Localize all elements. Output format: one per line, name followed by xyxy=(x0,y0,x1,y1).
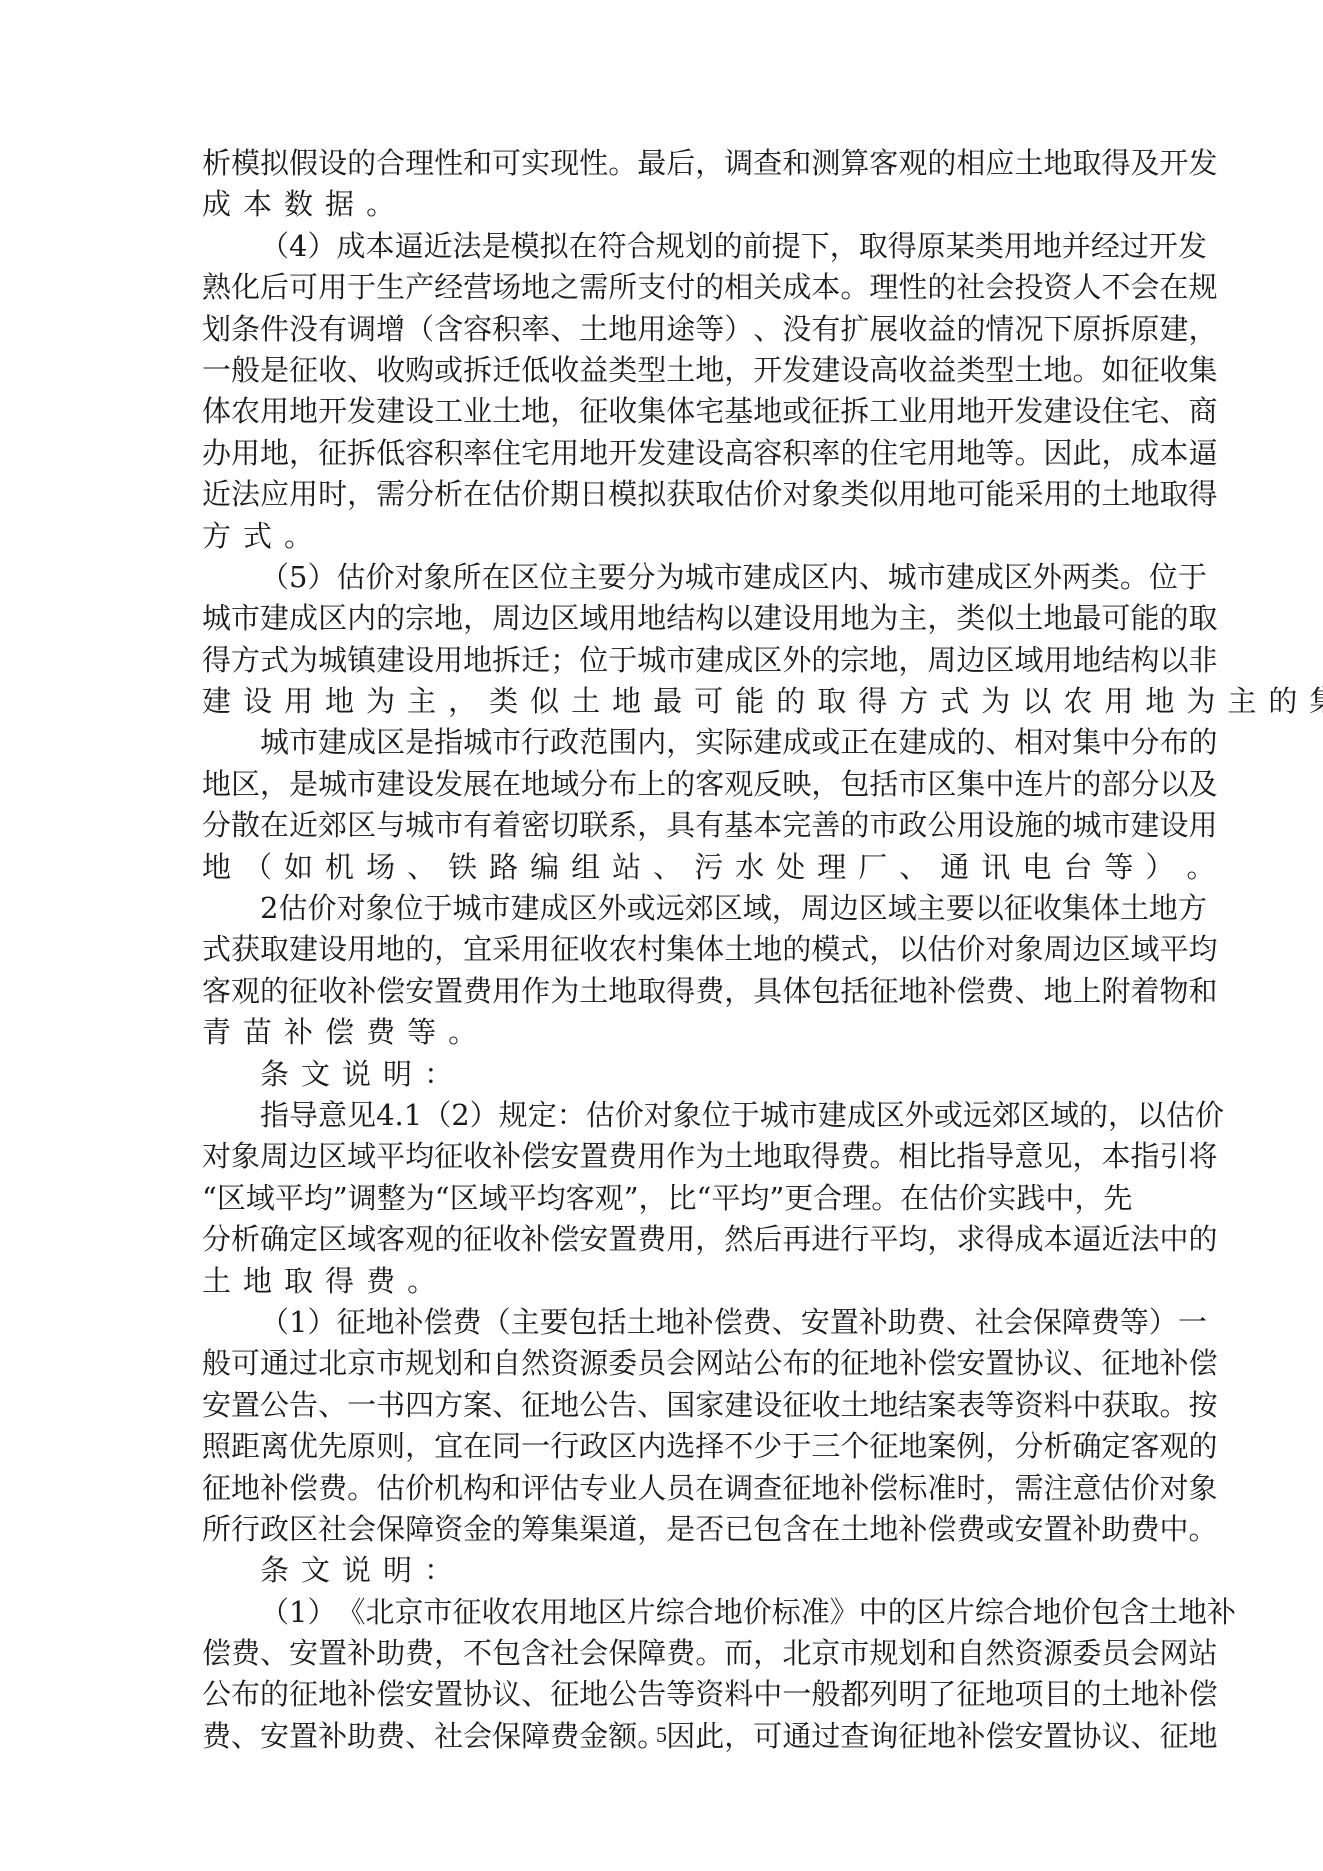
text-line: 照距离优先原则，宜在同一行政区内选择不少于三个征地案例，分析确定客观的 xyxy=(202,1426,1124,1467)
text-line: 办用地，征拆低容积率住宅用地开发建设高容积率的住宅用地等。因此，成本逼 xyxy=(202,433,1124,474)
text-line: 条文说明： xyxy=(202,1550,1124,1591)
text-line: 地区，是城市建设发展在地域分布上的客观反映，包括市区集中连片的部分以及 xyxy=(202,764,1124,805)
text-line: 客观的征收补偿安置费用作为土地取得费，具体包括征地补偿费、地上附着物和 xyxy=(202,971,1124,1012)
text-line: 分析确定区域客观的征收补偿安置费用，然后再进行平均，求得成本逼近法中的 xyxy=(202,1219,1124,1260)
page-number: 5 xyxy=(0,1722,1323,1748)
text-line: 划条件没有调增（含容积率、土地用途等）、没有扩展收益的情况下原拆原建， xyxy=(202,309,1124,350)
text-line: 城市建成区内的宗地，周边区域用地结构以建设用地为主，类似土地最可能的取 xyxy=(202,598,1124,639)
text-line: 分散在近郊区与城市有着密切联系，具有基本完善的市政公用设施的城市建设用 xyxy=(202,805,1124,846)
text-line: 地（如机场、铁路编组站、污水处理厂、通讯电台等）。 xyxy=(202,847,1124,888)
text-line: 城市建成区是指城市行政范围内，实际建成或正在建成的、相对集中分布的 xyxy=(202,722,1124,763)
text-line: 征地补偿费。估价机构和评估专业人员在调查征地补偿标准时，需注意估价对象 xyxy=(202,1468,1124,1509)
text-line: “区域平均”调整为“区域平均客观”，比“平均”更合理。在估价实践中，先 xyxy=(202,1178,1124,1219)
text-line: （5）估价对象所在区位主要分为城市建成区内、城市建成区外两类。位于 xyxy=(202,557,1124,598)
text-line: 近法应用时，需分析在估价期日模拟获取估价对象类似用地可能采用的土地取得 xyxy=(202,474,1124,515)
text-line: 析模拟假设的合理性和可实现性。最后，调查和测算客观的相应土地取得及开发 xyxy=(202,143,1124,184)
text-line: 对象周边区域平均征收补偿安置费用作为土地取得费。相比指导意见，本指引将 xyxy=(202,1136,1124,1177)
text-line: 方式。 xyxy=(202,516,1124,557)
text-line: 指导意见4.1（2）规定：估价对象位于城市建成区外或远郊区域的，以估价 xyxy=(202,1095,1124,1136)
text-line: 体农用地开发建设工业土地，征收集体宅基地或征拆工业用地开发建设住宅、商 xyxy=(202,391,1124,432)
document-page: 析模拟假设的合理性和可实现性。最后，调查和测算客观的相应土地取得及开发成本数据。… xyxy=(202,143,1124,1757)
text-line: 建设用地为主，类似土地最可能的取得方式为以农用地为主的集体土地征收。 xyxy=(202,681,1124,722)
text-line: 般可通过北京市规划和自然资源委员会网站公布的征地补偿安置协议、征地补偿 xyxy=(202,1343,1124,1384)
text-line: 2 估价对象位于城市建成区外或远郊区域，周边区域主要以征收集体土地方 xyxy=(202,888,1124,929)
text-line: （1）《北京市征收农用地区片综合地价标准》中的区片综合地价包含土地补 xyxy=(202,1592,1124,1633)
text-line: 安置公告、一书四方案、征地公告、国家建设征收土地结案表等资料中获取。按 xyxy=(202,1385,1124,1426)
text-line: （4）成本逼近法是模拟在符合规划的前提下，取得原某类用地并经过开发 xyxy=(202,226,1124,267)
text-line: 成本数据。 xyxy=(202,184,1124,225)
text-line: 一般是征收、收购或拆迁低收益类型土地，开发建设高收益类型土地。如征收集 xyxy=(202,350,1124,391)
text-line: 得方式为城镇建设用地拆迁；位于城市建成区外的宗地，周边区域用地结构以非 xyxy=(202,640,1124,681)
text-line: 青苗补偿费等。 xyxy=(202,1012,1124,1053)
text-line: 公布的征地补偿安置协议、征地公告等资料中一般都列明了征地项目的土地补偿 xyxy=(202,1674,1124,1715)
text-line: （1）征地补偿费（主要包括土地补偿费、安置补助费、社会保障费等）一 xyxy=(202,1302,1124,1343)
text-line: 熟化后可用于生产经营场地之需所支付的相关成本。理性的社会投资人不会在规 xyxy=(202,267,1124,308)
text-line: 偿费、安置补助费，不包含社会保障费。而，北京市规划和自然资源委员会网站 xyxy=(202,1633,1124,1674)
text-line: 土地取得费。 xyxy=(202,1261,1124,1302)
text-line: 式获取建设用地的，宜采用征收农村集体土地的模式，以估价对象周边区域平均 xyxy=(202,929,1124,970)
text-line: 条文说明： xyxy=(202,1054,1124,1095)
text-line: 所行政区社会保障资金的筹集渠道，是否已包含在土地补偿费或安置补助费中。 xyxy=(202,1509,1124,1550)
